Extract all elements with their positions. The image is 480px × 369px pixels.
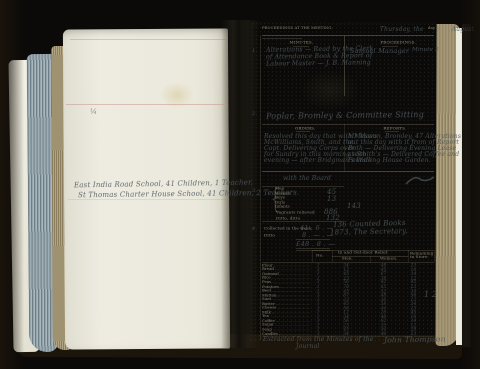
right-cover-edge [462, 24, 471, 347]
paragraph-right-line: Foundling House Garden. [348, 158, 461, 164]
money-value-2: 8 . — . — [302, 231, 333, 239]
after-rule-note: with the Board [283, 175, 331, 182]
margin-mark-1: 1. [252, 48, 257, 54]
section-col-orders: ORDERS. [295, 126, 316, 131]
form-header-row: PROCEEDINGS AT THE MEETING, Thursday, th… [262, 26, 436, 33]
column-header-proceedings: PROCEEDINGS. [380, 40, 416, 45]
section-col-dash-left [296, 131, 310, 132]
prov-col-store-header: Remaining in Store. [410, 252, 434, 259]
provisions-table: Flour 1 34 48 23 Bread 3 12 45 16 Oatmea… [262, 263, 437, 336]
section-heading-handwritten: Poplar, Bromley & Committee Sitting [266, 110, 424, 121]
money-total: £48 . 8 . — [296, 240, 335, 248]
left-page-pink-rule [66, 104, 227, 105]
money-label-2: Ditto [264, 233, 275, 238]
prov-vline-4 [408, 250, 409, 262]
footer-attestation-line-1: Extracted from the Minutes of the [263, 336, 374, 343]
stats-week-label-2: Ditto, ditto [276, 216, 300, 221]
dotted-leader [280, 273, 310, 274]
margin-mark-4: 4. [252, 226, 257, 232]
stats-total: 143 [347, 202, 361, 210]
stats-week-label-1: Vagrants relieved [276, 210, 315, 215]
form-header-dayof: day of [428, 26, 440, 30]
footer-attestation-line-2: Journal [296, 343, 320, 350]
dotted-leader [275, 325, 310, 326]
money-total-rule-1 [296, 248, 330, 249]
form-header-month-handwritten: August, [452, 26, 477, 33]
header-underline-short [262, 38, 302, 39]
section-rule-top [262, 124, 434, 125]
prov-sub-left: Men. [342, 256, 353, 261]
dotted-leader [272, 312, 310, 313]
left-page-faint-rule [70, 39, 226, 40]
prov-col-count-header: No. [316, 253, 324, 258]
section-rule-bottom [262, 171, 434, 172]
form-header-day-handwritten: Thursday, the [380, 26, 424, 33]
prov-span-header: In and Out-door Relief. [338, 250, 389, 255]
pencil-fraction-mark: ¼ [90, 108, 97, 116]
stats-value-mid: 13 [327, 195, 336, 203]
dotted-leader [274, 265, 310, 266]
margin-mark-2: 2. [252, 111, 257, 117]
dotted-leader [276, 320, 310, 321]
stats-group-labels: MenWomenBoysGirlsInfants [275, 187, 290, 209]
header-underline [262, 35, 434, 36]
pencil-margin-note: 1 2 [424, 290, 437, 299]
entry1-proceeding: Samuel Manager [350, 47, 409, 55]
dotted-leader [270, 316, 310, 317]
margin-vertical-rule [260, 36, 261, 340]
prov-vline-1 [312, 250, 313, 262]
column-header-minutes: MINUTES. [290, 40, 314, 45]
entry1-proceeding-note: Minute 2 [412, 47, 439, 53]
dotted-leader [278, 308, 311, 309]
dotted-leader [279, 333, 310, 334]
entry1-minute-line: Labour Master — J. B. Manning [266, 59, 374, 67]
stats-group-label: Infants [275, 205, 290, 209]
ink-flourish-mark [404, 174, 436, 188]
dotted-leader [272, 282, 310, 283]
paragraph-right-column: Mr Mason, Bromley, 47 Alterationsout thi… [348, 134, 461, 164]
dotted-leader [276, 303, 310, 304]
dotted-leader [272, 278, 310, 279]
books-note-line-2: 1873, The Secretary. [330, 227, 408, 236]
dotted-leader [272, 290, 310, 291]
dotted-leader [273, 329, 310, 330]
photograph-of-open-ledger: ¼ East India Road School, 41 Children, 1… [0, 0, 480, 369]
prov-sub-right: Women. [380, 256, 397, 261]
dotted-leader [272, 299, 310, 300]
form-header-title: PROCEEDINGS AT THE MEETING, [262, 26, 333, 30]
clerk-signature: John Thompson [384, 334, 446, 344]
dotted-leader [275, 269, 310, 270]
margin-mark-3: 3. [252, 188, 257, 194]
section-col-dash-right [385, 131, 399, 132]
dotted-leader [278, 295, 310, 296]
page-stain [300, 70, 360, 110]
section-col-reports: REPORTS. [383, 126, 406, 131]
dotted-leader [280, 286, 310, 287]
